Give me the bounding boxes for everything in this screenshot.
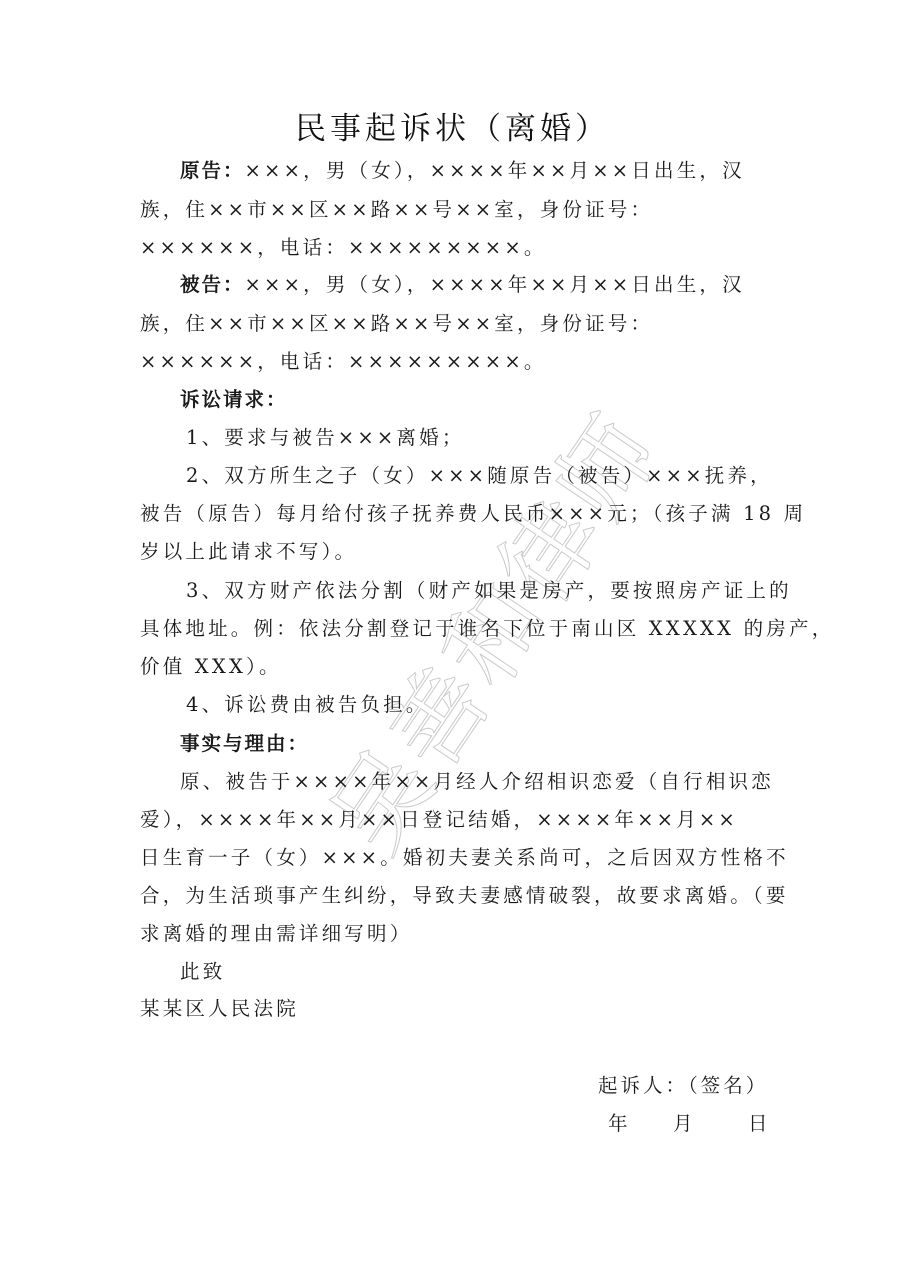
- facts-line-1: 原、被告于××××年××月经人介绍相识恋爱（自行相识恋: [180, 769, 820, 795]
- date-year: 年: [608, 1108, 631, 1136]
- plaintiff-line-1: 原告：×××，男（女），××××年××月××日出生，汉: [180, 158, 820, 184]
- signature-line: 起诉人：（签名）: [598, 1070, 768, 1098]
- claim-2-line-3: 岁以上此请求不写）。: [140, 539, 780, 565]
- defendant-text: ×××，男（女），××××年××月××日出生，汉: [245, 273, 745, 296]
- defendant-line-3: ××××××，电话：×××××××××。: [140, 349, 780, 375]
- facts-heading: 事实与理由：: [180, 731, 820, 757]
- claim-3-line-2: 具体地址。例：依法分割登记于谁名下位于南山区 XXXXX 的房产，: [140, 616, 780, 642]
- facts-line-4: 合，为生活琐事产生纠纷，导致夫妻感情破裂，故要求离婚。（要: [140, 883, 780, 909]
- claim-3-line-3: 价值 XXX）。: [140, 654, 780, 680]
- facts-line-5: 求离婚的理由需详细写明）: [140, 921, 780, 947]
- claim-2-line-2: 被告（原告）每月给付孩子抚养费人民币×××元；（孩子满 18 周: [140, 501, 780, 527]
- claim-4: 4、诉讼费由被告负担。: [186, 692, 826, 718]
- plaintiff-line-2: 族，住××市××区××路××号××室，身份证号：: [140, 197, 780, 223]
- closing: 此致: [180, 959, 820, 985]
- court-name: 某某区人民法院: [140, 996, 780, 1022]
- claim-2-line-1: 2、双方所生之子（女）×××随原告（被告）×××抚养，: [186, 463, 826, 489]
- claims-heading: 诉讼请求：: [180, 387, 820, 413]
- plaintiff-label: 原告：: [180, 159, 245, 182]
- defendant-line-2: 族，住××市××区××路××号××室，身份证号：: [140, 311, 780, 337]
- claim-3-line-1: 3、双方财产依法分割（财产如果是房产，要按照房产证上的: [186, 578, 826, 604]
- defendant-label: 被告：: [180, 273, 245, 296]
- date-day: 日: [748, 1108, 771, 1136]
- facts-line-2: 爱），××××年××月××日登记结婚，××××年××月××: [140, 807, 780, 833]
- plaintiff-line-3: ××××××，电话：×××××××××。: [140, 235, 780, 261]
- date-month: 月: [673, 1108, 696, 1136]
- plaintiff-text: ×××，男（女），××××年××月××日出生，汉: [245, 159, 745, 182]
- document-page: 吴善和律师 民事起诉状（离婚） 原告：×××，男（女），××××年××月××日出…: [0, 0, 905, 1280]
- facts-line-3: 日生育一子（女）×××。婚初夫妻关系尚可，之后因双方性格不: [140, 845, 780, 871]
- document-title: 民事起诉状（离婚）: [0, 103, 905, 148]
- defendant-line-1: 被告：×××，男（女），××××年××月××日出生，汉: [180, 272, 820, 298]
- claim-1: 1、要求与被告×××离婚；: [186, 425, 826, 451]
